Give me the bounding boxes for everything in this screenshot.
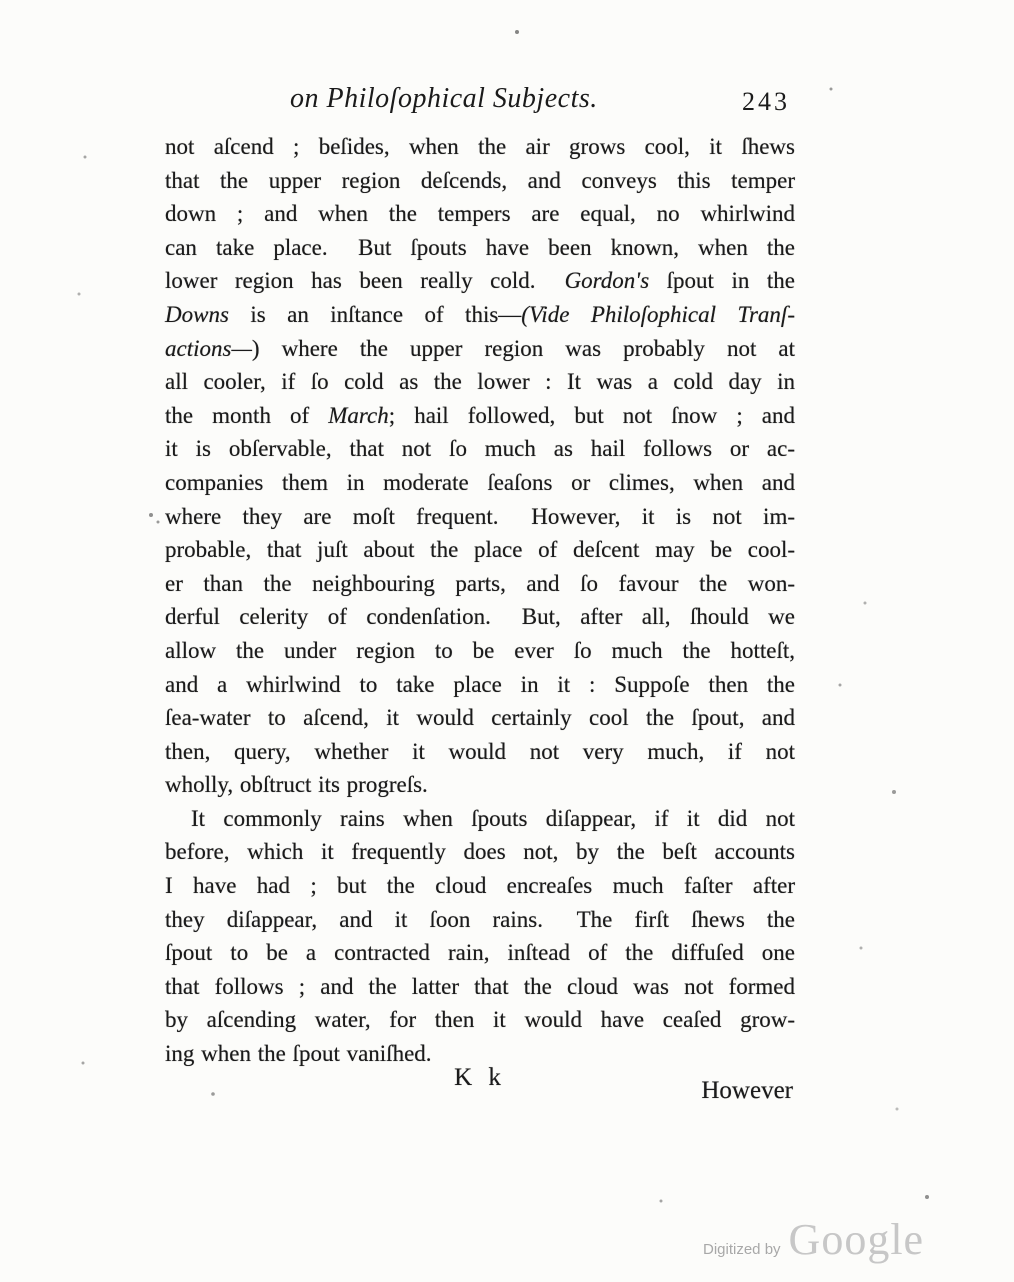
body-text: not aſcend ; beſides, when the air grows…	[165, 130, 795, 1071]
text-segment: that the upper region deſcends, and conv…	[165, 168, 795, 193]
italic-text-segment: actions—	[165, 336, 252, 361]
text-line: companies them in moderate ſeaſons or cl…	[165, 466, 795, 500]
text-segment: before, which it frequently does not, by…	[165, 839, 795, 864]
text-segment: it is obſervable, that not ſo much as ha…	[165, 436, 795, 461]
text-line: by aſcending water, for then it would ha…	[165, 1003, 795, 1037]
text-line: probable, that juſt about the place of d…	[165, 533, 795, 567]
text-segment: and a whirlwind to take place in it : Su…	[165, 672, 795, 697]
text-line: that the upper region deſcends, and conv…	[165, 164, 795, 198]
text-segment: wholly, obſtruct its progreſs.	[165, 772, 428, 797]
text-segment: down ; and when the tempers are equal, n…	[165, 201, 795, 226]
italic-text-segment: March	[328, 403, 388, 428]
text-segment: derful celerity of condenſation. But, af…	[165, 604, 795, 629]
text-line: I have had ; but the cloud encreaſes muc…	[165, 869, 795, 903]
text-segment: ſpout to be a contracted rain, inſtead o…	[165, 940, 795, 965]
text-segment: ſpout in the	[649, 268, 795, 293]
text-line: Downs is an inſtance of this—(Vide Philo…	[165, 298, 795, 332]
text-line: all cooler, if ſo cold as the lower : It…	[165, 365, 795, 399]
text-segment: It commonly rains when ſpouts diſappear,…	[191, 806, 795, 831]
text-segment: by aſcending water, for then it would ha…	[165, 1007, 795, 1032]
italic-text-segment: Downs	[165, 302, 229, 327]
text-line: ſpout to be a contracted rain, inſtead o…	[165, 936, 795, 970]
paragraph: not aſcend ; beſides, when the air grows…	[165, 130, 795, 802]
google-logo: Google	[789, 1214, 925, 1265]
text-line: that follows ; and the latter that the c…	[165, 970, 795, 1004]
text-line: not aſcend ; beſides, when the air grows…	[165, 130, 795, 164]
text-line: It commonly rains when ſpouts diſappear,…	[165, 802, 795, 836]
text-line: then, query, whether it would not very m…	[165, 735, 795, 769]
text-line: wholly, obſtruct its progreſs.	[165, 768, 795, 802]
text-segment: ) where the upper region was probably no…	[252, 336, 795, 361]
text-line: down ; and when the tempers are equal, n…	[165, 197, 795, 231]
text-line: allow the under region to be ever ſo muc…	[165, 634, 795, 668]
text-line: where they are moſt frequent. However, i…	[165, 500, 795, 534]
text-segment: I have had ; but the cloud encreaſes muc…	[165, 873, 795, 898]
google-watermark: Digitized by Google	[703, 1214, 924, 1265]
text-segment: they diſappear, and it ſoon rains. The f…	[165, 907, 795, 932]
text-segment: lower region has been really cold.	[165, 268, 565, 293]
text-line: derful celerity of condenſation. But, af…	[165, 600, 795, 634]
text-segment: the month of	[165, 403, 328, 428]
scan-noise	[0, 0, 2, 2]
digitized-by-label: Digitized by	[703, 1241, 781, 1258]
book-page: on Philoſophical Subjects. 243 not aſcen…	[0, 0, 1014, 1282]
text-line: actions—) where the upper region was pro…	[165, 332, 795, 366]
text-segment: not aſcend ; beſides, when the air grows…	[165, 134, 795, 159]
paragraph: It commonly rains when ſpouts diſappear,…	[165, 802, 795, 1071]
text-line: before, which it frequently does not, by…	[165, 835, 795, 869]
text-segment: ſea-water to aſcend, it would certainly …	[165, 705, 795, 730]
text-segment: allow the under region to be ever ſo muc…	[165, 638, 795, 663]
text-line: the month of March; hail followed, but n…	[165, 399, 795, 433]
catchword: However	[701, 1077, 793, 1105]
text-segment: er than the neighbouring parts, and ſo f…	[165, 571, 795, 596]
text-segment: can take place. But ſpouts have been kno…	[165, 235, 795, 260]
text-line: and a whirlwind to take place in it : Su…	[165, 668, 795, 702]
text-segment: where they are moſt frequent. However, i…	[165, 504, 795, 529]
text-segment: is an inſtance of this—	[229, 302, 521, 327]
italic-text-segment: Gordon's	[565, 268, 650, 293]
text-line: lower region has been really cold. Gordo…	[165, 264, 795, 298]
text-segment: then, query, whether it would not very m…	[165, 739, 795, 764]
text-segment: companies them in moderate ſeaſons or cl…	[165, 470, 795, 495]
running-title: on Philoſophical Subjects.	[290, 83, 598, 115]
text-segment: all cooler, if ſo cold as the lower : It…	[165, 369, 795, 394]
text-segment: probable, that juſt about the place of d…	[165, 537, 795, 562]
page-number: 243	[742, 87, 790, 117]
text-segment: ing when the ſpout vaniſhed.	[165, 1041, 432, 1066]
text-line: they diſappear, and it ſoon rains. The f…	[165, 903, 795, 937]
italic-text-segment: (Vide Philoſophical Tranſ-	[521, 302, 795, 327]
text-line: er than the neighbouring parts, and ſo f…	[165, 567, 795, 601]
text-line: it is obſervable, that not ſo much as ha…	[165, 432, 795, 466]
text-segment: that follows ; and the latter that the c…	[165, 974, 795, 999]
text-line: can take place. But ſpouts have been kno…	[165, 231, 795, 265]
text-line: ſea-water to aſcend, it would certainly …	[165, 701, 795, 735]
text-segment: ; hail followed, but not ſnow ; and	[389, 403, 795, 428]
